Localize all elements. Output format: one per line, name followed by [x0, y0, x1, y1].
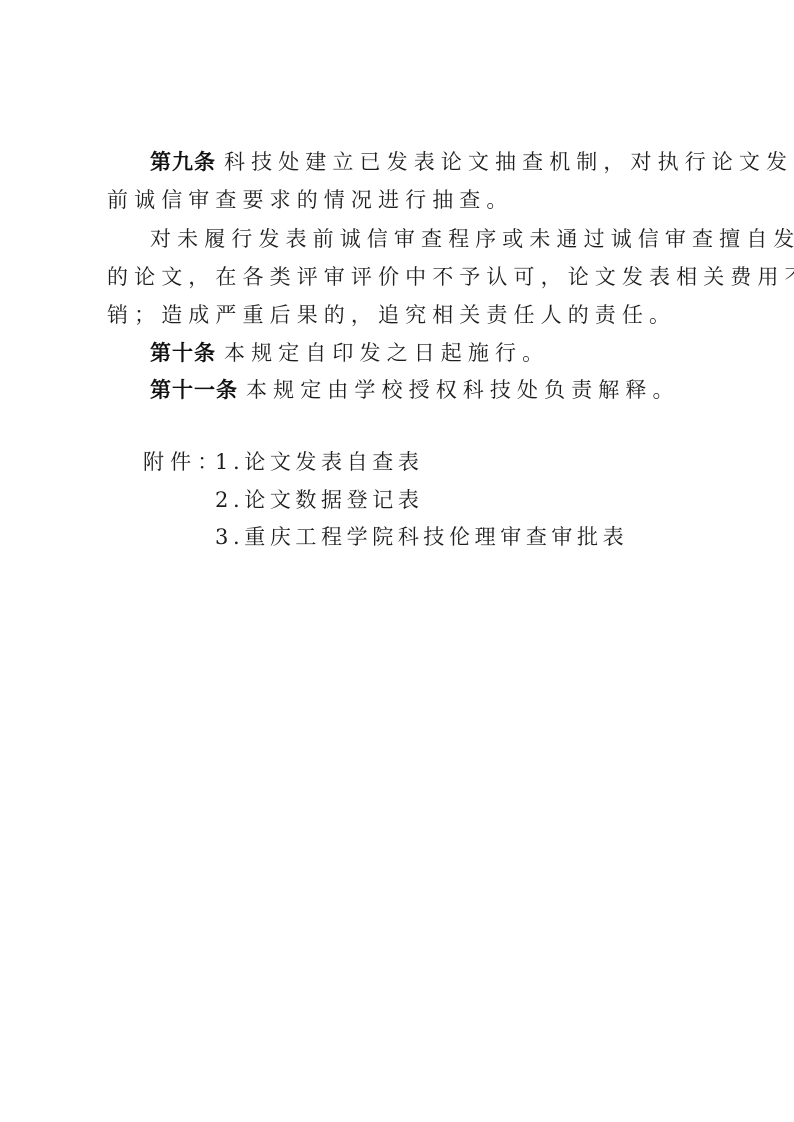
document-page: 第九条科技处建立已发表论文抽查机制，对执行论文发表 前诚信审查要求的情况进行抽查…: [0, 0, 794, 1122]
article-10-line: 第十条本规定自印发之日起施行。: [150, 338, 740, 368]
paragraph-text: 销；造成严重后果的，追究相关责任人的责任。: [107, 303, 676, 327]
article-text: 本规定自印发之日起施行。: [224, 341, 549, 365]
paragraph-line-2: 的论文，在各类评审评价中不予认可，论文发表相关费用不予报: [107, 262, 697, 292]
article-heading: 第十条: [150, 341, 216, 365]
article-9-line-1: 第九条科技处建立已发表论文抽查机制，对执行论文发表: [150, 147, 740, 177]
paragraph-line-1: 对未履行发表前诚信审查程序或未通过诚信审查擅自发表: [150, 224, 740, 254]
article-text: 本规定由学校授权科技处负责解释。: [246, 378, 680, 402]
attachment-item-3: 3.重庆工程学院科技伦理审查审批表: [215, 522, 794, 552]
paragraph-text: 的论文，在各类评审评价中不予认可，论文发表相关费用不予报: [107, 265, 794, 289]
attachment-item-2: 2.论文数据登记表: [215, 485, 794, 515]
attachment-text: 3.重庆工程学院科技伦理审查审批表: [215, 525, 628, 549]
attachment-text: 2.论文数据登记表: [215, 488, 423, 512]
attachment-text: 1.论文发表自查表: [215, 450, 423, 474]
paragraph-line-3: 销；造成严重后果的，追究相关责任人的责任。: [107, 300, 697, 330]
article-heading: 第十一条: [150, 378, 238, 402]
attachments-label-text: 附件：: [143, 450, 224, 474]
article-11-line: 第十一条本规定由学校授权科技处负责解释。: [150, 375, 740, 405]
paragraph-text: 对未履行发表前诚信审查程序或未通过诚信审查擅自发表: [150, 227, 794, 251]
attachment-item-1: 1.论文发表自查表: [215, 447, 794, 477]
article-9-line-2: 前诚信审查要求的情况进行抽查。: [107, 185, 697, 215]
article-heading: 第九条: [150, 150, 216, 174]
attachments-label: 附件：: [143, 447, 223, 477]
article-text: 前诚信审查要求的情况进行抽查。: [107, 188, 514, 212]
article-text: 科技处建立已发表论文抽查机制，对执行论文发表: [224, 150, 794, 174]
